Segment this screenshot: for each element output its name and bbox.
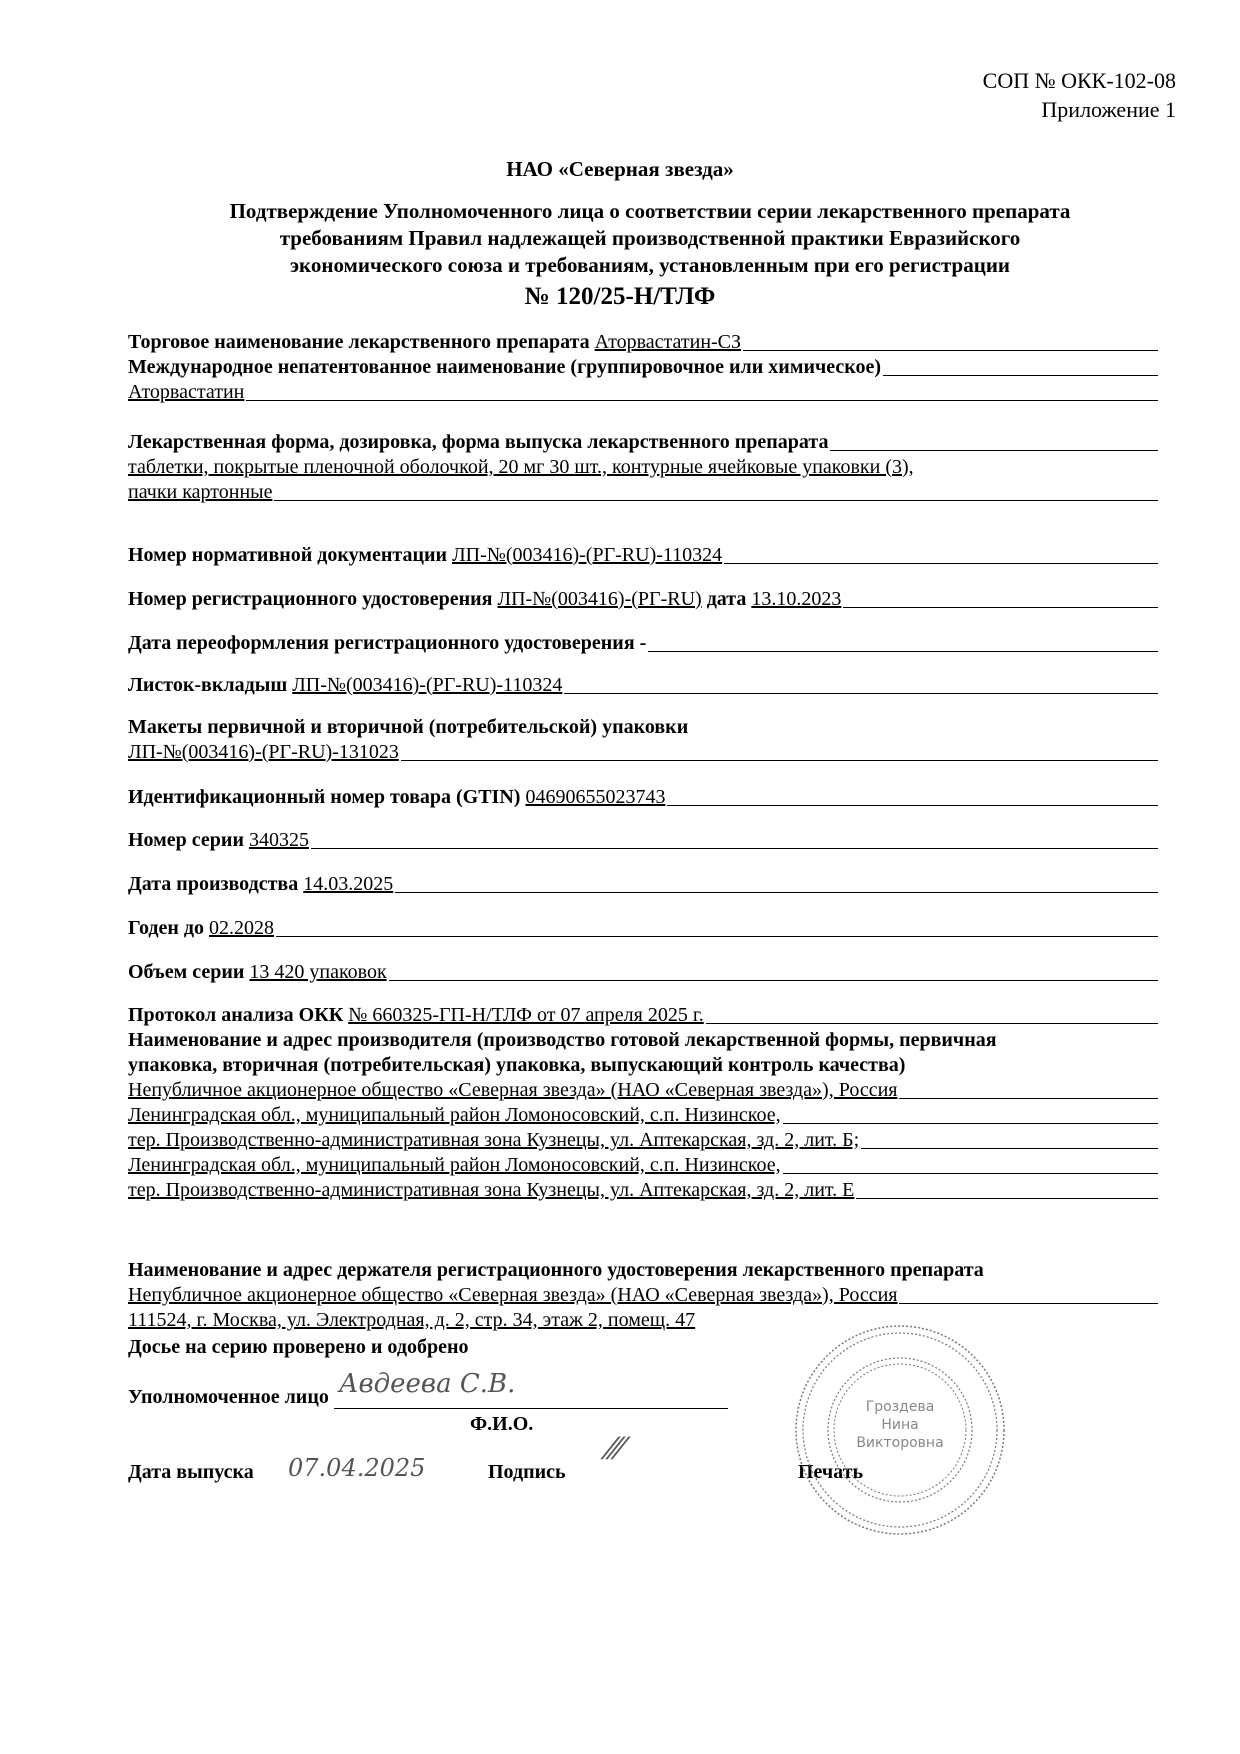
release-date-handwritten: 07.04.2025 xyxy=(288,1456,425,1480)
field-inn-value: Аторвастатин xyxy=(128,380,1158,404)
field-value: 13 420 упаковок xyxy=(249,960,386,984)
field-value: № 660325-ГП-Н/ТЛФ от 07 апреля 2025 г. xyxy=(348,1003,704,1027)
field-value: Непубличное акционерное общество «Северн… xyxy=(128,1283,897,1307)
document-page: СОП № ОКК-102-08 Приложение 1 НАО «Север… xyxy=(0,0,1240,1754)
field-label: Наименование и адрес держателя регистрац… xyxy=(128,1259,984,1281)
field-value: 02.2028 xyxy=(209,916,274,940)
field-label: Лекарственная форма, дозировка, форма вы… xyxy=(128,430,828,454)
field-protocol: Протокол анализа ОКК № 660325-ГП-Н/ТЛФ о… xyxy=(128,1003,1158,1027)
field-label: Дата переоформления регистрационного удо… xyxy=(128,631,635,655)
field-manufacturer-label-1: Наименование и адрес производителя (прои… xyxy=(128,1028,1158,1052)
field-value: таблетки, покрытые пленочной оболочкой, … xyxy=(128,455,914,479)
underline xyxy=(246,400,1158,401)
field-value: ЛП-№(003416)-(РГ-RU)-110324 xyxy=(452,543,722,567)
field-value: ЛП-№(003416)-(РГ-RU) xyxy=(498,587,702,611)
underline xyxy=(899,1303,1158,1304)
manufacturer-line: Ленинградская обл., муниципальный район … xyxy=(128,1103,1158,1127)
field-label: Дата производства xyxy=(128,872,298,896)
field-value: ЛП-№(003416)-(РГ-RU)-131023 xyxy=(128,740,399,764)
field-value: тер. Производственно-административная зо… xyxy=(128,1128,859,1152)
field-label: Объем серии xyxy=(128,960,244,984)
underline xyxy=(401,760,1158,761)
field-label: Номер серии xyxy=(128,828,244,852)
manufacturer-line: Непубличное акционерное общество «Северн… xyxy=(128,1078,1158,1102)
field-batch: Номер серии 340325 xyxy=(128,828,1158,852)
header-reference: СОП № ОКК-102-08 Приложение 1 xyxy=(983,66,1176,124)
field-reissue-date: Дата переоформления регистрационного удо… xyxy=(128,631,1158,655)
qp-handwritten-name: Авдеева С.В. xyxy=(339,1372,516,1396)
field-leaflet: Листок-вкладыш ЛП-№(003416)-(РГ-RU)-1103… xyxy=(128,673,1158,697)
qp-label: Уполномоченное лицо xyxy=(128,1385,329,1409)
signature-label: Подпись xyxy=(488,1460,566,1484)
field-dosage-form: Лекарственная форма, дозировка, форма вы… xyxy=(128,430,1158,454)
qp-row: Уполномоченное лицо Авдеева С.В. xyxy=(128,1382,728,1409)
field-value: Непубличное акционерное общество «Северн… xyxy=(128,1078,897,1102)
title-line: Подтверждение Уполномоченного лица о соо… xyxy=(130,198,1170,225)
field-label: Номер нормативной документации xyxy=(128,543,447,567)
field-packaging-value: ЛП-№(003416)-(РГ-RU)-131023 xyxy=(128,740,1158,764)
document-title: Подтверждение Уполномоченного лица о соо… xyxy=(130,198,1170,279)
field-reg-cert: Номер регистрационного удостоверения ЛП-… xyxy=(128,587,1158,611)
field-trade-name: Торговое наименование лекарственного пре… xyxy=(128,330,1158,354)
field-holder-label: Наименование и адрес держателя регистрац… xyxy=(128,1258,1158,1282)
field-label: упаковка, вторичная (потребительская) уп… xyxy=(128,1054,905,1076)
sop-number: СОП № ОКК-102-08 xyxy=(983,66,1176,95)
field-value: Аторвастатин-СЗ xyxy=(595,330,741,354)
field-value: тер. Производственно-административная зо… xyxy=(128,1178,854,1202)
field-value: пачки картонные xyxy=(128,480,272,504)
field-packaging: Макеты первичной и вторичной (потребител… xyxy=(128,715,1158,739)
field-label: Торговое наименование лекарственного пре… xyxy=(128,330,590,354)
field-value: Ленинградская обл., муниципальный район … xyxy=(128,1103,781,1127)
underline xyxy=(830,450,1158,451)
stamp-seal: Гроздева Нина Викторовна xyxy=(790,1320,1010,1540)
field-value: 04690655023743 xyxy=(525,785,665,809)
field-value: 340325 xyxy=(249,828,309,852)
underline xyxy=(274,500,1158,501)
organization-name: НАО «Северная звезда» xyxy=(0,157,1240,182)
stamp-text-line: Викторовна xyxy=(790,1434,1010,1452)
field-value: - xyxy=(640,631,647,655)
underline xyxy=(843,607,1158,608)
field-label: Идентификационный номер товара (GTIN) xyxy=(128,785,520,809)
field-value: Ленинградская обл., муниципальный район … xyxy=(128,1153,781,1177)
signature-scribble: ⁄⁄⁄ xyxy=(608,1438,623,1462)
fio-caption: Ф.И.О. xyxy=(470,1412,670,1436)
date-value: 13.10.2023 xyxy=(751,587,841,611)
underline xyxy=(883,375,1158,376)
field-inn: Международное непатентованное наименован… xyxy=(128,355,1158,379)
underline xyxy=(856,1198,1158,1199)
manufacturer-line: тер. Производственно-административная зо… xyxy=(128,1128,1158,1152)
field-value: ЛП-№(003416)-(РГ-RU)-110324 xyxy=(292,673,562,697)
underline xyxy=(564,693,1158,694)
field-batch-volume: Объем серии 13 420 упаковок xyxy=(128,960,1158,984)
fio-label: Ф.И.О. xyxy=(470,1413,533,1435)
title-line: экономического союза и требованиям, уста… xyxy=(130,252,1170,279)
field-production-date: Дата производства 14.03.2025 xyxy=(128,872,1158,896)
underline xyxy=(783,1173,1158,1174)
field-dosage-value-1: таблетки, покрытые пленочной оболочкой, … xyxy=(128,455,1158,479)
manufacturer-line: Ленинградская обл., муниципальный район … xyxy=(128,1153,1158,1177)
underline xyxy=(395,892,1158,893)
underline xyxy=(724,563,1158,564)
underline xyxy=(783,1123,1158,1124)
manufacturer-line: тер. Производственно-административная зо… xyxy=(128,1178,1158,1202)
field-label: Годен до xyxy=(128,916,204,940)
field-label: Международное непатентованное наименован… xyxy=(128,355,881,379)
field-dosage-value-2: пачки картонные xyxy=(128,480,1158,504)
field-label: Листок-вкладыш xyxy=(128,673,287,697)
underline xyxy=(311,848,1158,849)
underline xyxy=(899,1098,1158,1099)
qp-signature-line: Авдеева С.В. xyxy=(334,1382,728,1409)
underline xyxy=(743,350,1158,351)
stamp-text-line: Нина xyxy=(790,1416,1010,1434)
underline xyxy=(276,936,1158,937)
field-manufacturer-label-2: упаковка, вторичная (потребительская) уп… xyxy=(128,1053,1158,1077)
underline xyxy=(389,980,1158,981)
title-line: требованиям Правил надлежащей производст… xyxy=(130,225,1170,252)
field-value: Аторвастатин xyxy=(128,380,244,404)
field-label: Наименование и адрес производителя (прои… xyxy=(128,1029,997,1051)
field-normative-doc: Номер нормативной документации ЛП-№(0034… xyxy=(128,543,1158,567)
underline xyxy=(861,1148,1158,1149)
underline xyxy=(648,651,1158,652)
underline xyxy=(706,1023,1158,1024)
stamp-inner-text: Гроздева Нина Викторовна xyxy=(790,1398,1010,1452)
holder-line: Непубличное акционерное общество «Северн… xyxy=(128,1283,1158,1307)
underline xyxy=(667,805,1158,806)
release-date-label: Дата выпуска xyxy=(128,1461,254,1483)
field-value: 14.03.2025 xyxy=(303,872,393,896)
document-number: № 120/25-Н/ТЛФ xyxy=(0,283,1240,311)
date-label: дата xyxy=(707,587,747,611)
dossier-label: Досье на серию проверено и одобрено xyxy=(128,1336,468,1358)
stamp-text-line: Гроздева xyxy=(790,1398,1010,1416)
field-value: 111524, г. Москва, ул. Электродная, д. 2… xyxy=(128,1308,695,1332)
field-gtin: Идентификационный номер товара (GTIN) 04… xyxy=(128,785,1158,809)
field-label: Номер регистрационного удостоверения xyxy=(128,587,493,611)
field-expiry: Годен до 02.2028 xyxy=(128,916,1158,940)
field-label: Протокол анализа ОКК xyxy=(128,1003,343,1027)
field-label: Макеты первичной и вторичной (потребител… xyxy=(128,716,688,738)
appendix-label: Приложение 1 xyxy=(983,95,1176,124)
